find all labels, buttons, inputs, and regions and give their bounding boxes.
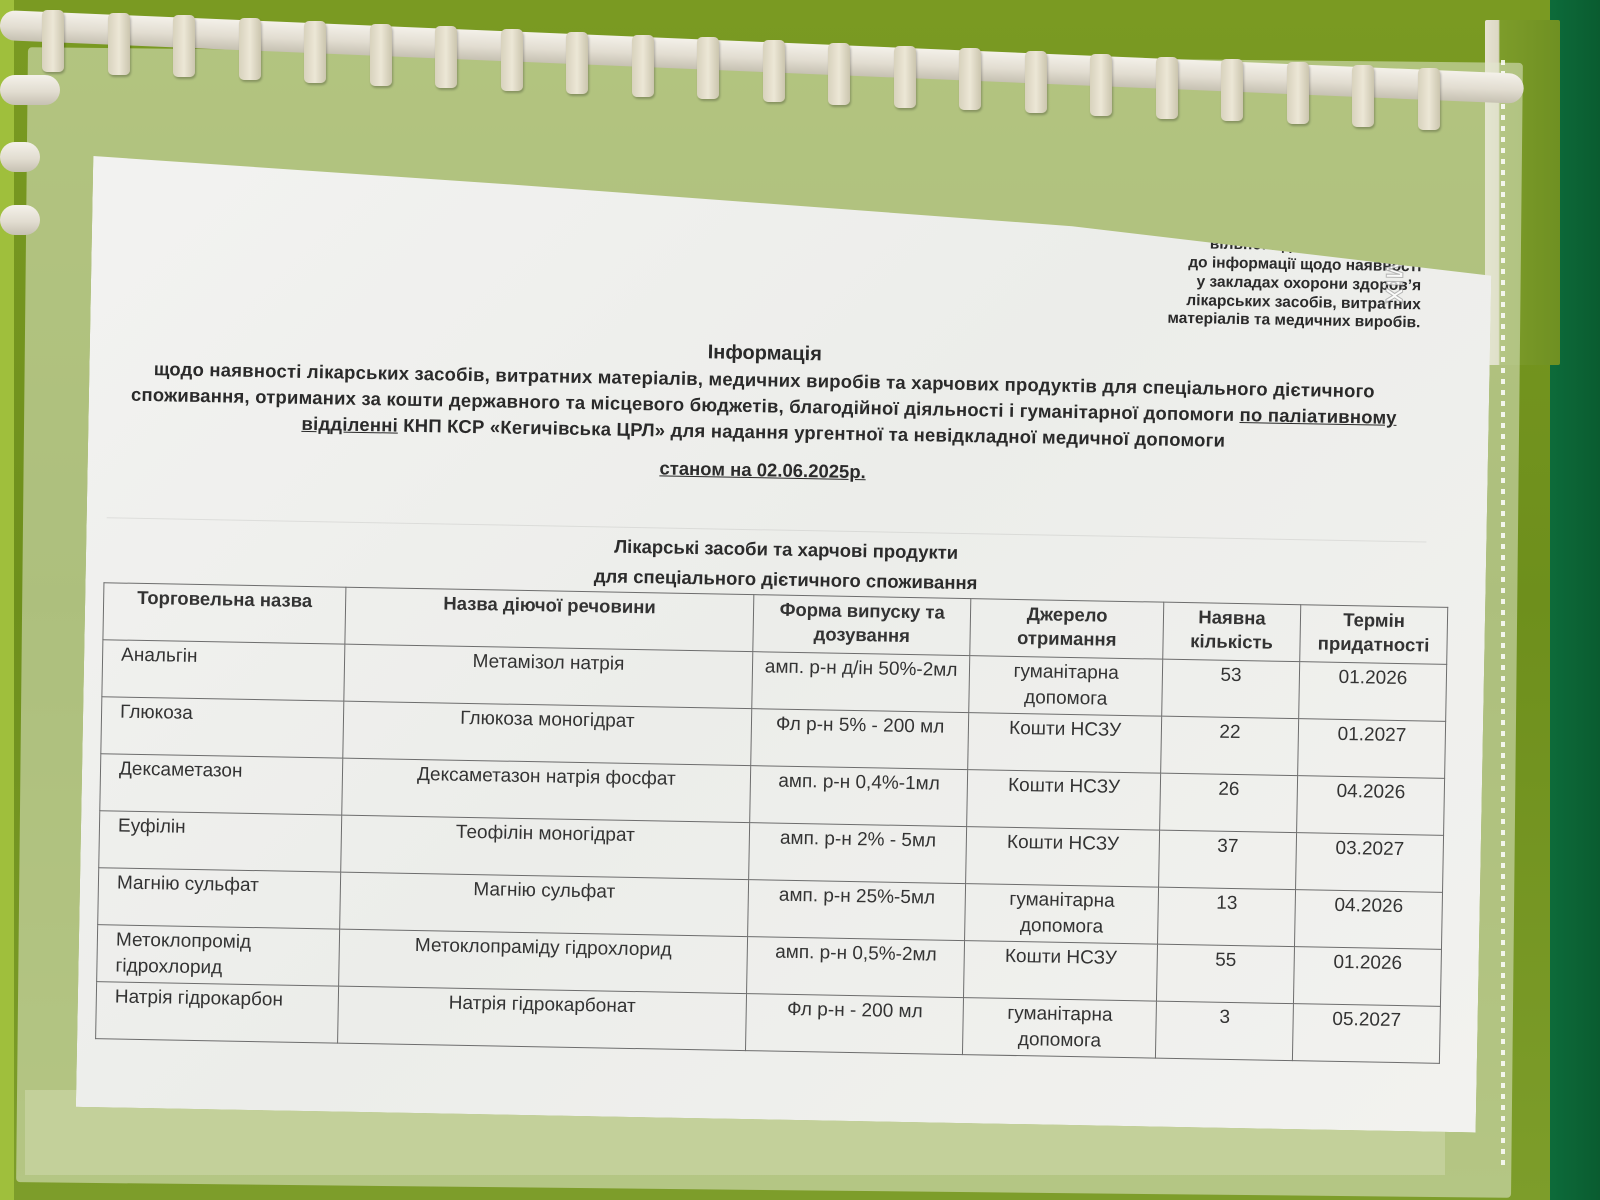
binder-clip: [370, 24, 392, 86]
cell-form-dosage: амп. р-н 2% - 5мл: [748, 823, 967, 884]
binder-clip: [1418, 68, 1440, 130]
cell-quantity: 55: [1156, 944, 1294, 1004]
notice-header: Інформація щодо наявності лікарських зас…: [128, 331, 1400, 493]
cell-expiry: 03.2027: [1296, 833, 1444, 893]
cell-expiry: 04.2026: [1297, 776, 1445, 836]
cell-quantity: 37: [1158, 830, 1296, 890]
cell-trade-name: Метоклопромід гідрохлорид: [97, 925, 340, 986]
cell-active-substance: Теофілін моногідрат: [341, 815, 750, 879]
binder-clip: [632, 35, 654, 97]
cell-active-substance: Натрія гідрокарбонат: [338, 986, 747, 1050]
cell-source: гуманітарна допомога: [965, 884, 1158, 945]
cell-trade-name: Магнію сульфат: [98, 868, 341, 929]
binder-clip: [239, 18, 261, 80]
col-active-substance: Назва діючої речовини: [345, 587, 754, 651]
binder-clip: [501, 29, 523, 91]
cell-expiry: 01.2026: [1299, 662, 1447, 722]
binder-clip: [959, 48, 981, 110]
binder-clip: [828, 43, 850, 105]
cell-source: Кошти НСЗУ: [967, 770, 1160, 831]
binder-clip: [435, 26, 457, 88]
cell-quantity: 22: [1161, 716, 1299, 776]
cell-quantity: 53: [1162, 659, 1300, 719]
cell-active-substance: Глюкоза моногідрат: [343, 701, 752, 765]
binder-clip: [697, 37, 719, 99]
cell-trade-name: Еуфілін: [99, 811, 342, 872]
cell-trade-name: Глюкоза: [101, 697, 344, 758]
binder-clip: [1025, 51, 1047, 113]
wall-left-edge: [0, 0, 14, 1200]
cell-active-substance: Дексаметазон натрія фосфат: [342, 758, 751, 822]
cell-quantity: 26: [1160, 773, 1298, 833]
side-rod: [0, 205, 40, 235]
col-quantity: Наявна кількість: [1163, 602, 1301, 662]
binder-clip: [1156, 57, 1178, 119]
binder-clip: [763, 40, 785, 102]
cell-quantity: 13: [1157, 887, 1295, 947]
cell-trade-name: Дексаметазон: [100, 754, 343, 815]
binder-clip: [894, 46, 916, 108]
col-expiry: Термін придатності: [1300, 605, 1448, 665]
cell-source: Кошти НСЗУ: [968, 713, 1161, 774]
cell-quantity: 3: [1155, 1001, 1293, 1061]
cell-source: Кошти НСЗУ: [966, 827, 1159, 888]
binder-clip: [1352, 65, 1374, 127]
side-rod: [0, 75, 60, 105]
cell-expiry: 01.2026: [1294, 947, 1442, 1007]
cell-active-substance: Магнію сульфат: [340, 872, 749, 936]
cell-form-dosage: амп. р-н 0,5%-2мл: [746, 937, 965, 998]
cell-form-dosage: Фл р-н 5% - 200 мл: [751, 709, 970, 770]
binder-clip: [304, 21, 326, 83]
cell-form-dosage: Фл р-н - 200 мл: [745, 994, 964, 1055]
col-source: Джерело отримання: [970, 599, 1163, 660]
binder-clip: [1090, 54, 1112, 116]
col-form-dosage: Форма випуску та дозування: [753, 595, 972, 656]
cell-form-dosage: амп. р-н 0,4%-1мл: [749, 766, 968, 827]
binder-clip: [1287, 62, 1309, 124]
cell-form-dosage: амп. р-н 25%-5мл: [747, 880, 966, 941]
cell-source: гуманітарна допомога: [969, 656, 1162, 717]
binder-clip: [566, 32, 588, 94]
cell-source: гуманітарна допомога: [963, 998, 1156, 1059]
cell-expiry: 01.2027: [1298, 719, 1446, 779]
as-of-date: станом на 02.06.2025р.: [128, 448, 1398, 493]
cell-form-dosage: амп. р-н д/ін 50%-2мл: [752, 652, 971, 713]
cell-source: Кошти НСЗУ: [964, 941, 1157, 1002]
cell-trade-name: Анальгін: [102, 640, 345, 701]
medicines-table: Торговельна назва Назва діючої речовини …: [95, 582, 1448, 1064]
cell-trade-name: Натрія гідрокарбон: [96, 982, 339, 1043]
binder-clip: [173, 15, 195, 77]
cell-active-substance: Метоклопраміду гідрохлорид: [339, 929, 748, 993]
cell-expiry: 05.2027: [1293, 1004, 1441, 1064]
cell-expiry: 04.2026: [1295, 890, 1443, 950]
side-rod: [0, 142, 40, 172]
col-trade-name: Торговельна назва: [103, 583, 346, 644]
binder-clip: [42, 10, 64, 72]
binder-clip: [108, 13, 130, 75]
sleeve-perforation: [1501, 60, 1505, 1170]
cell-active-substance: Метамізол натрія: [344, 644, 753, 708]
binder-clip: [1221, 59, 1243, 121]
